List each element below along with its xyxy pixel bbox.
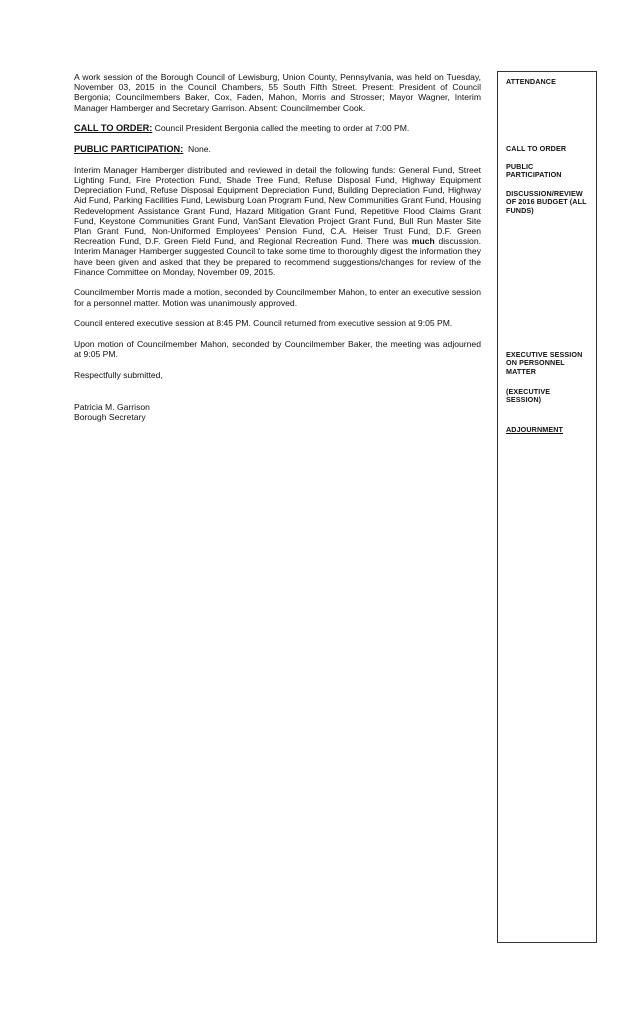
public-participation-heading: PUBLIC PARTICIPATION: bbox=[74, 144, 183, 154]
public-participation-paragraph: PUBLIC PARTICIPATION: None. bbox=[74, 144, 481, 154]
sidebar-item-call-to-order: CALL TO ORDER bbox=[506, 145, 590, 153]
public-participation-text: None. bbox=[183, 144, 211, 154]
budget-discussion-paragraph: Interim Manager Hamberger distributed an… bbox=[74, 165, 481, 277]
sidebar-item-budget-review: DISCUSSION/REVIEW OF 2016 BUDGET (ALL FU… bbox=[506, 190, 594, 215]
signer-title: Borough Secretary bbox=[74, 412, 146, 422]
attendance-paragraph: A work session of the Borough Council of… bbox=[74, 72, 481, 113]
executive-motion-paragraph: Councilmember Morris made a motion, seco… bbox=[74, 287, 481, 307]
signer-name: Patricia M. Garrison bbox=[74, 402, 150, 412]
closing-line: Respectfully submitted, bbox=[74, 370, 481, 380]
call-to-order-heading: CALL TO ORDER: bbox=[74, 123, 152, 133]
signature-block: Patricia M. Garrison Borough Secretary bbox=[74, 402, 481, 422]
sidebar-item-executive-session: EXECUTIVE SESSION ON PERSONNEL MATTER bbox=[506, 351, 594, 376]
executive-session-paragraph: Council entered executive session at 8:4… bbox=[74, 318, 481, 328]
sidebar-item-adjournment: ADJOURNMENT bbox=[506, 426, 590, 434]
adjournment-paragraph: Upon motion of Councilmember Mahon, seco… bbox=[74, 339, 481, 359]
call-to-order-paragraph: CALL TO ORDER: Council President Bergoni… bbox=[74, 123, 481, 133]
minutes-body: A work session of the Borough Council of… bbox=[74, 72, 481, 423]
sidebar-item-attendance: ATTENDANCE bbox=[506, 78, 590, 86]
budget-text-part1: Interim Manager Hamberger distributed an… bbox=[74, 165, 481, 246]
sidebar-item-public-participation: PUBLIC PARTICIPATION bbox=[506, 163, 576, 180]
call-to-order-text: Council President Bergonia called the me… bbox=[152, 123, 409, 133]
sidebar-item-executive-session-note: (EXECUTIVE SESSION) bbox=[506, 388, 576, 405]
budget-emphasis: much bbox=[412, 236, 435, 246]
margin-topics-box: ATTENDANCE CALL TO ORDER PUBLIC PARTICIP… bbox=[497, 71, 597, 943]
